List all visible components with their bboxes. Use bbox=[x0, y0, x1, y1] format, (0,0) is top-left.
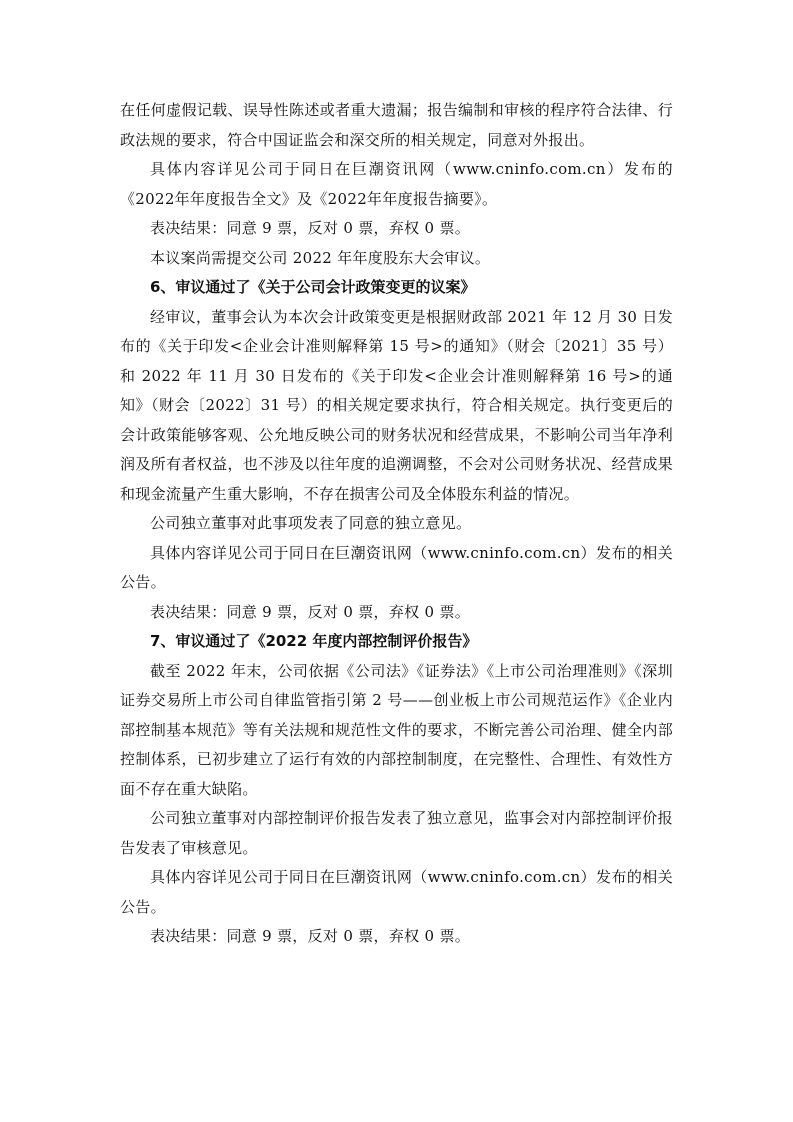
paragraph-independent-opinion: 公司独立董事对此事项发表了同意的独立意见。 bbox=[120, 509, 673, 539]
section-heading-6: 6、审议通过了《关于公司会计政策变更的议案》 bbox=[120, 273, 673, 303]
paragraph-opinions: 公司独立董事对内部控制评价报告发表了独立意见，监事会对内部控制评价报告发表了审核… bbox=[120, 804, 673, 863]
paragraph-internal-control: 截至 2022 年末，公司依据《公司法》《证券法》《上市公司治理准则》《深圳证券… bbox=[120, 657, 673, 805]
section-heading-7: 7、审议通过了《2022 年度内部控制评价报告》 bbox=[120, 627, 673, 657]
paragraph-vote-result: 表决结果：同意 9 票，反对 0 票，弃权 0 票。 bbox=[120, 922, 673, 952]
paragraph-policy-change: 经审议，董事会认为本次会计政策变更是根据财政部 2021 年 12 月 30 日… bbox=[120, 303, 673, 510]
paragraph-announcement-link: 具体内容详见公司于同日在巨潮资讯网（www.cninfo.com.cn）发布的相… bbox=[120, 863, 673, 922]
paragraph-shareholder-review: 本议案尚需提交公司 2022 年年度股东大会审议。 bbox=[120, 244, 673, 274]
paragraph-report-link: 具体内容详见公司于同日在巨潮资讯网（www.cninfo.com.cn）发布的《… bbox=[120, 155, 673, 214]
paragraph-vote-result: 表决结果：同意 9 票，反对 0 票，弃权 0 票。 bbox=[120, 214, 673, 244]
document-page: 在任何虚假记载、误导性陈述或者重大遗漏；报告编制和审核的程序符合法律、行政法规的… bbox=[120, 96, 673, 952]
paragraph-vote-result: 表决结果：同意 9 票，反对 0 票，弃权 0 票。 bbox=[120, 598, 673, 628]
paragraph-announcement-link: 具体内容详见公司于同日在巨潮资讯网（www.cninfo.com.cn）发布的相… bbox=[120, 539, 673, 598]
paragraph-continuation: 在任何虚假记载、误导性陈述或者重大遗漏；报告编制和审核的程序符合法律、行政法规的… bbox=[120, 96, 673, 155]
